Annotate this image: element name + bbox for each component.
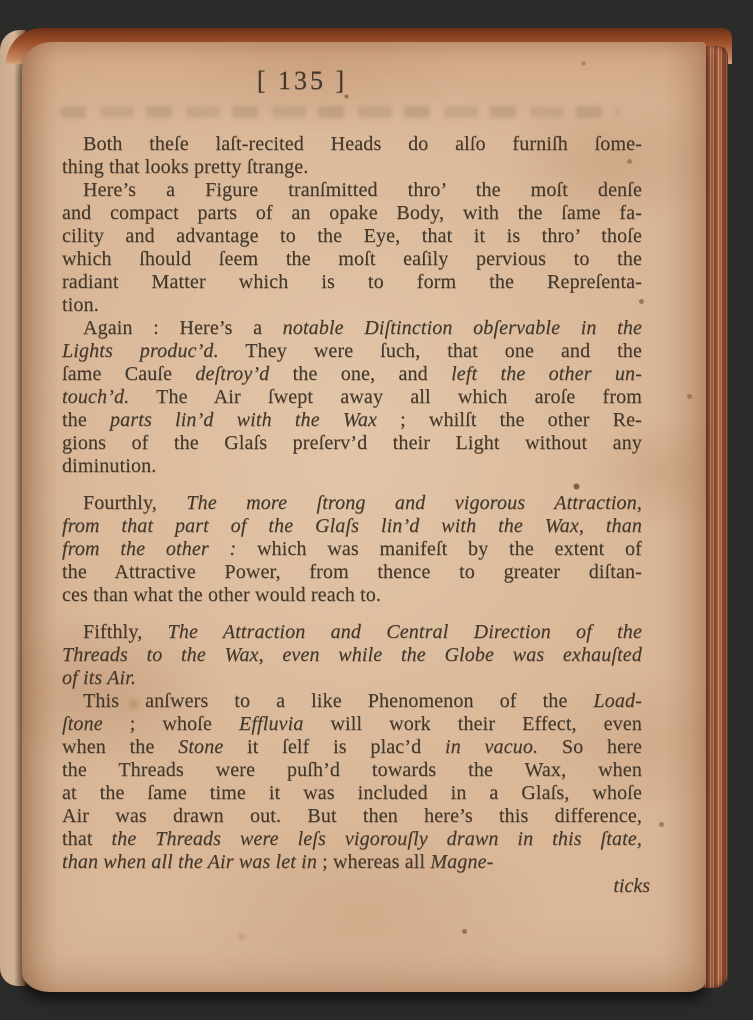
- italic-text: parts lin’d with the Wax: [110, 409, 377, 431]
- roman-text: radiant Matter which is to form the Repr…: [62, 271, 642, 293]
- text-line: ces than what the other would reach to.: [62, 584, 642, 607]
- text-line: which ſhould ſeem the moſt eaſily pervio…: [62, 248, 642, 271]
- text-line: diminution.: [62, 455, 642, 478]
- text-line: Fourthly, The more ſtrong and vigorous A…: [62, 492, 642, 515]
- roman-text: and compact parts of an opake Body, with…: [62, 202, 642, 224]
- roman-text: tion.: [62, 294, 99, 316]
- text-line: when the Stone it ſelf is plac’d in vacu…: [62, 736, 642, 759]
- roman-text: Fifthly,: [83, 621, 168, 643]
- roman-text: will work their Effect, even: [304, 713, 643, 735]
- roman-text: Again : Here’s a: [83, 317, 283, 339]
- paragraph: Again : Here’s a notable Diſtinction obſ…: [62, 317, 642, 478]
- book-scan: [ 135 ] Both theſe laſt-recited Heads do…: [0, 0, 753, 1020]
- italic-text: than when all the Air was let in: [62, 851, 317, 873]
- text-block: Both theſe laſt-recited Heads do alſo fu…: [62, 133, 642, 874]
- roman-text: the Attractive Power, from thence to gre…: [62, 561, 642, 583]
- italic-text: of its Air.: [62, 667, 136, 689]
- text-line: Air was drawn out. But then here’s this …: [62, 805, 642, 828]
- roman-text: Fourthly,: [83, 492, 186, 514]
- roman-text: thing that looks pretty ſtrange.: [62, 156, 308, 178]
- text-line: from that part of the Glaſs lin’d with t…: [62, 515, 642, 538]
- roman-text: when the: [62, 736, 178, 758]
- italic-text: The more ſtrong and vigorous Attraction,: [186, 492, 642, 514]
- roman-text: They were ſuch, that one and the: [219, 340, 642, 362]
- text-line: cility and advantage to the Eye, that it…: [62, 225, 642, 248]
- text-line: from the other : which was manifeſt by t…: [62, 538, 642, 561]
- italic-text: ſtone: [62, 713, 103, 735]
- roman-text: at the ſame time it was included in a Gl…: [62, 782, 642, 804]
- roman-text: the Threads were puſh’d towards the Wax,…: [62, 759, 642, 781]
- italic-text: the Threads were leſs vigorouſly drawn i…: [111, 828, 642, 850]
- roman-text: ; whoſe: [103, 713, 239, 735]
- paragraph: Fourthly, The more ſtrong and vigorous A…: [62, 492, 642, 607]
- roman-text: This anſwers to a like Phenomenon of the: [83, 690, 593, 712]
- italic-text: notable Diſtinction obſervable in the: [283, 317, 642, 339]
- text-line: gions of the Glaſs preſerv’d their Light…: [62, 432, 642, 455]
- roman-text: The Air ſwept away all which aroſe from: [129, 386, 642, 408]
- text-line: This anſwers to a like Phenomenon of the…: [62, 690, 642, 713]
- paragraph: Both theſe laſt-recited Heads do alſo fu…: [62, 133, 642, 179]
- text-line: Both theſe laſt-recited Heads do alſo fu…: [62, 133, 642, 156]
- roman-text: ſame Cauſe: [62, 363, 195, 385]
- text-line: tion.: [62, 294, 642, 317]
- text-line: Again : Here’s a notable Diſtinction obſ…: [62, 317, 642, 340]
- roman-text: So here: [538, 736, 642, 758]
- italic-text: in vacuo.: [445, 736, 538, 758]
- text-line: touch’d. The Air ſwept away all which ar…: [62, 386, 642, 409]
- roman-text: it ſelf is plac’d: [223, 736, 445, 758]
- italic-text: Stone: [178, 736, 223, 758]
- ink-showthrough: [60, 106, 620, 118]
- italic-text: from the other :: [62, 538, 236, 560]
- roman-text: diminution.: [62, 455, 156, 477]
- page-number: [ 135 ]: [22, 66, 582, 96]
- roman-text: that: [62, 828, 111, 850]
- text-line: at the ſame time it was included in a Gl…: [62, 782, 642, 805]
- text-line: Fifthly, The Attraction and Central Dire…: [62, 621, 642, 644]
- italic-text: touch’d.: [62, 386, 129, 408]
- roman-text: the: [62, 409, 110, 431]
- roman-text: Both theſe laſt-recited Heads do alſo fu…: [83, 133, 642, 155]
- italic-text: left the other un-: [451, 363, 642, 385]
- text-line: Lights produc’d. They were ſuch, that on…: [62, 340, 642, 363]
- roman-text: Air was drawn out. But then here’s this …: [62, 805, 642, 827]
- catchword: ticks: [62, 875, 650, 898]
- paragraph: This anſwers to a like Phenomenon of the…: [62, 690, 642, 874]
- italic-text: Load-: [593, 690, 642, 712]
- text-line: Here’s a Figure tranſmitted thro’ the mo…: [62, 179, 642, 202]
- italic-text: Threads to the Wax, even while the Globe…: [62, 644, 642, 666]
- roman-text: cility and advantage to the Eye, that it…: [62, 225, 642, 247]
- roman-text: Here’s a Figure tranſmitted thro’ the mo…: [83, 179, 642, 201]
- roman-text: which was manifeſt by the extent of: [236, 538, 642, 560]
- text-line: Threads to the Wax, even while the Globe…: [62, 644, 642, 667]
- roman-text: which ſhould ſeem the moſt eaſily pervio…: [62, 248, 642, 270]
- text-line: the parts lin’d with the Wax ; whilſt th…: [62, 409, 642, 432]
- italic-text: Magne-: [430, 851, 493, 873]
- italic-text: deſtroy’d: [195, 363, 269, 385]
- roman-text: the one, and: [269, 363, 451, 385]
- italic-text: Effluvia: [239, 713, 304, 735]
- roman-text: ces than what the other would reach to.: [62, 584, 381, 606]
- book-page: [ 135 ] Both theſe laſt-recited Heads do…: [22, 42, 706, 992]
- roman-text: ; whereas all: [317, 851, 430, 873]
- text-line: thing that looks pretty ſtrange.: [62, 156, 642, 179]
- text-line: ſtone ; whoſe Effluvia will work their E…: [62, 713, 642, 736]
- italic-text: Lights produc’d.: [62, 340, 219, 362]
- text-line: that the Threads were leſs vigorouſly dr…: [62, 828, 642, 851]
- italic-text: from that part of the Glaſs lin’d with t…: [62, 515, 642, 537]
- roman-text: ; whilſt the other Re-: [377, 409, 642, 431]
- text-line: of its Air.: [62, 667, 642, 690]
- text-line: than when all the Air was let in ; where…: [62, 851, 642, 874]
- paragraph: Here’s a Figure tranſmitted thro’ the mo…: [62, 179, 642, 317]
- text-line: the Threads were puſh’d towards the Wax,…: [62, 759, 642, 782]
- text-line: ſame Cauſe deſtroy’d the one, and left t…: [62, 363, 642, 386]
- roman-text: gions of the Glaſs preſerv’d their Light…: [62, 432, 642, 454]
- italic-text: The Attraction and Central Direction of …: [168, 621, 642, 643]
- text-line: the Attractive Power, from thence to gre…: [62, 561, 642, 584]
- text-line: radiant Matter which is to form the Repr…: [62, 271, 642, 294]
- text-line: and compact parts of an opake Body, with…: [62, 202, 642, 225]
- paragraph: Fifthly, The Attraction and Central Dire…: [62, 621, 642, 690]
